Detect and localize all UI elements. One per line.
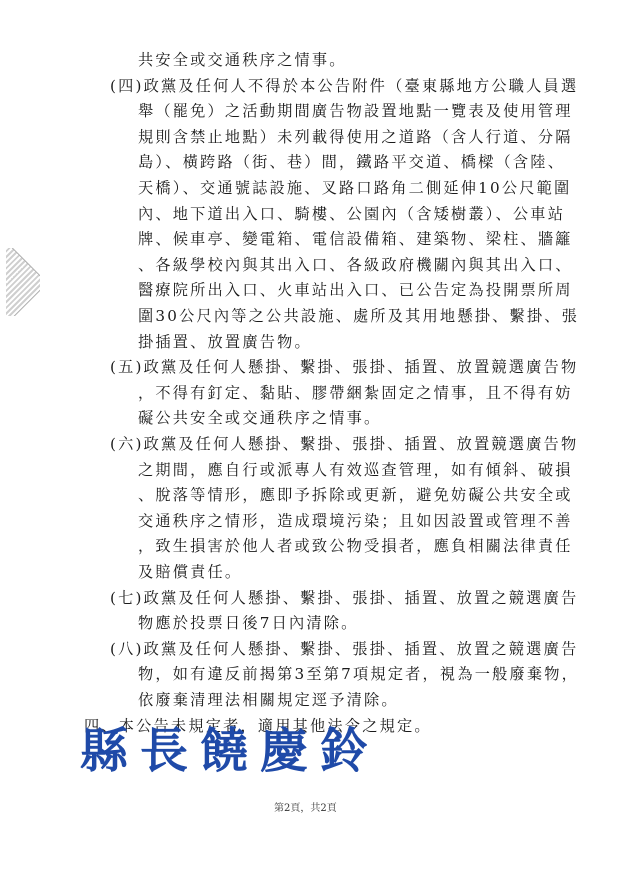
page-indicator: 第2頁，共2頁 — [274, 799, 337, 814]
text-line: 牌、候車亭、變電箱、電信設備箱、建築物、梁柱、牆籬 — [138, 229, 573, 249]
text-line: 醫療院所出入口、火車站出入口、已公告定為投開票所周 — [138, 280, 573, 300]
text-line: (五)政黨及任何人懸掛、繫掛、張掛、插置、放置競選廣告物 — [110, 357, 578, 377]
text-line: 規則含禁止地點）未列載得使用之道路（含人行道、分隔 — [138, 127, 573, 147]
text-line: 依廢棄清理法相關規定逕予清除。 — [138, 690, 399, 710]
text-line: (七)政黨及任何人懸掛、繫掛、張掛、插置、放置之競選廣告 — [110, 588, 578, 608]
text-line: 掛插置、放置廣告物。 — [138, 332, 312, 352]
text-line: 物，如有違反前揭第3至第7項規定者，視為一般廢棄物， — [138, 664, 579, 684]
text-line: 之期間，應自行或派專人有效巡查管理，如有傾斜、破損 — [138, 460, 573, 480]
text-line: (八)政黨及任何人懸掛、繫掛、張掛、插置、放置之競選廣告 — [110, 639, 578, 659]
signature-stamp: 縣長饒慶鈴 — [80, 712, 380, 781]
text-line: 礙公共安全或交通秩序之情事。 — [138, 408, 381, 428]
text-line: ，致生損害於他人者或致公物受損者，應負相關法律責任 — [138, 536, 573, 556]
text-line: 內、地下道出入口、騎樓、公園內（含矮樹叢）、公車站 — [138, 204, 565, 224]
text-line: 圍30公尺內等之公共設施、處所及其用地懸掛、繫掛、張 — [138, 306, 579, 326]
text-line: 舉（罷免）之活動期間廣告物設置地點一覽表及使用管理 — [138, 101, 573, 121]
text-line: 島）、橫跨路（街、巷）間，鐵路平交道、橋樑（含陸、 — [138, 152, 565, 172]
text-line: 物應於投票日後7日內清除。 — [138, 613, 359, 633]
text-line: 共安全或交通秩序之情事。 — [138, 50, 347, 70]
document-page: 共安全或交通秩序之情事。(四)政黨及任何人不得於本公告附件（臺東縣地方公職人員選… — [0, 0, 633, 894]
text-line: 交通秩序之情形，造成環境污染；且如因設置或管理不善 — [138, 511, 573, 531]
text-line: 天橋）、交通號誌設施、叉路口路角二側延伸10公尺範圍 — [138, 178, 571, 198]
text-line: 及賠償責任。 — [138, 562, 242, 582]
official-seal-icon — [6, 248, 40, 316]
text-line: 、脫落等情形，應即予拆除或更新，避免妨礙公共安全或 — [138, 485, 573, 505]
text-line: 、各級學校內與其出入口、各級政府機關內與其出入口、 — [138, 255, 573, 275]
text-line: (六)政黨及任何人懸掛、繫掛、張掛、插置、放置競選廣告物 — [110, 434, 578, 454]
text-line: (四)政黨及任何人不得於本公告附件（臺東縣地方公職人員選 — [110, 76, 578, 96]
text-line: ，不得有釘定、黏貼、膠帶綑紮固定之情事，且不得有妨 — [138, 383, 573, 403]
